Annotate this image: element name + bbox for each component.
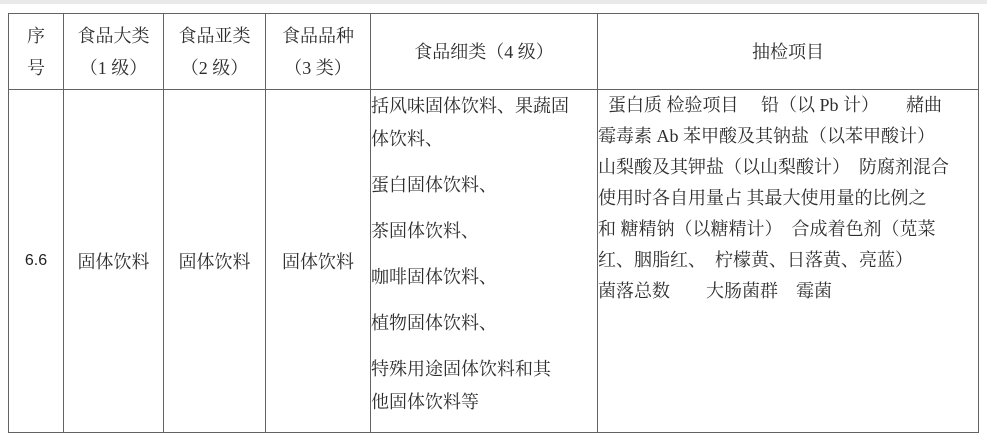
cell-category-level4: 括风味固体饮料、果蔬固 体饮料、 蛋白固体饮料、 茶固体饮料、 咖啡固体饮料、 … bbox=[371, 90, 598, 433]
table-row: 6.6 固体饮料 固体饮料 固体饮料 括风味固体饮料、果蔬固 体饮料、 蛋白固体… bbox=[9, 90, 979, 433]
food-subtype-paragraph: 括风味固体饮料、果蔬固 体饮料、 bbox=[371, 90, 597, 156]
food-subtype-paragraph: 植物固体饮料、 bbox=[371, 307, 597, 340]
inspection-line: 和 糖精钠（以糖精计） 合成着色剂（苋菜 bbox=[598, 214, 978, 245]
header-cell-inspection: 抽检项目 bbox=[598, 14, 979, 90]
paragraph-line: 他固体饮料等 bbox=[371, 392, 479, 412]
paragraph-line: 体饮料、 bbox=[371, 129, 443, 149]
cell-category-level2: 固体饮料 bbox=[164, 90, 266, 433]
header-line: （2 级） bbox=[164, 52, 265, 84]
header-line: 号 bbox=[9, 52, 63, 84]
paragraph-line: 括风味固体饮料、果蔬固 bbox=[371, 96, 569, 116]
paragraph-line: 蛋白固体饮料、 bbox=[371, 175, 497, 195]
cell-category-level1: 固体饮料 bbox=[64, 90, 164, 433]
paragraph-line: 植物固体饮料、 bbox=[371, 313, 497, 333]
paragraph-line: 特殊用途固体饮料和其 bbox=[371, 359, 551, 379]
header-cell-level4: 食品细类（4 级） bbox=[371, 14, 598, 90]
header-line: （1 级） bbox=[64, 52, 163, 84]
header-cell-serial: 序 号 bbox=[9, 14, 64, 90]
header-row: 序 号 食品大类 （1 级） 食品亚类 （2 级） 食品品种 （3 类） 食品细… bbox=[9, 14, 979, 90]
header-cell-level1: 食品大类 （1 级） bbox=[64, 14, 164, 90]
inspection-line: 红、胭脂红、 柠檬黄、日落黄、亮蓝） bbox=[598, 245, 978, 276]
food-inspection-table: 序 号 食品大类 （1 级） 食品亚类 （2 级） 食品品种 （3 类） 食品细… bbox=[8, 13, 979, 433]
header-line: 食品细类（4 级） bbox=[371, 36, 597, 68]
header-line: 食品大类 bbox=[64, 20, 163, 52]
paragraph-line: 咖啡固体饮料、 bbox=[371, 267, 497, 287]
top-edge-strip bbox=[0, 0, 987, 4]
header-line: （3 类） bbox=[266, 52, 370, 84]
inspection-line: 霉毒素 Ab 苯甲酸及其钠盐（以苯甲酸计） bbox=[598, 121, 978, 152]
food-subtype-paragraph: 咖啡固体饮料、 bbox=[371, 261, 597, 294]
header-line: 食品亚类 bbox=[164, 20, 265, 52]
food-subtype-paragraph: 蛋白固体饮料、 bbox=[371, 169, 597, 202]
header-line: 食品品种 bbox=[266, 20, 370, 52]
food-subtype-paragraph: 茶固体饮料、 bbox=[371, 215, 597, 248]
cell-category-level3: 固体饮料 bbox=[266, 90, 371, 433]
header-line: 序 bbox=[9, 20, 63, 52]
inspection-line: 蛋白质 检验项目 铅（以 Pb 计） 赭曲 bbox=[598, 90, 978, 121]
inspection-line: 山梨酸及其钾盐（以山梨酸计） 防腐剂混合 bbox=[598, 152, 978, 183]
inspection-line: 菌落总数 大肠菌群 霉菌 bbox=[598, 276, 978, 307]
paragraph-line: 茶固体饮料、 bbox=[371, 221, 479, 241]
header-cell-level2: 食品亚类 （2 级） bbox=[164, 14, 266, 90]
cell-serial-number: 6.6 bbox=[9, 90, 64, 433]
inspection-line: 使用时各自用量占 其最大使用量的比例之 bbox=[598, 183, 978, 214]
header-cell-level3: 食品品种 （3 类） bbox=[266, 14, 371, 90]
cell-inspection-items: 蛋白质 检验项目 铅（以 Pb 计） 赭曲 霉毒素 Ab 苯甲酸及其钠盐（以苯甲… bbox=[598, 90, 979, 433]
header-line: 抽检项目 bbox=[598, 36, 978, 68]
food-subtype-paragraph: 特殊用途固体饮料和其 他固体饮料等 bbox=[371, 353, 597, 419]
table-container: 序 号 食品大类 （1 级） 食品亚类 （2 级） 食品品种 （3 类） 食品细… bbox=[8, 13, 979, 433]
